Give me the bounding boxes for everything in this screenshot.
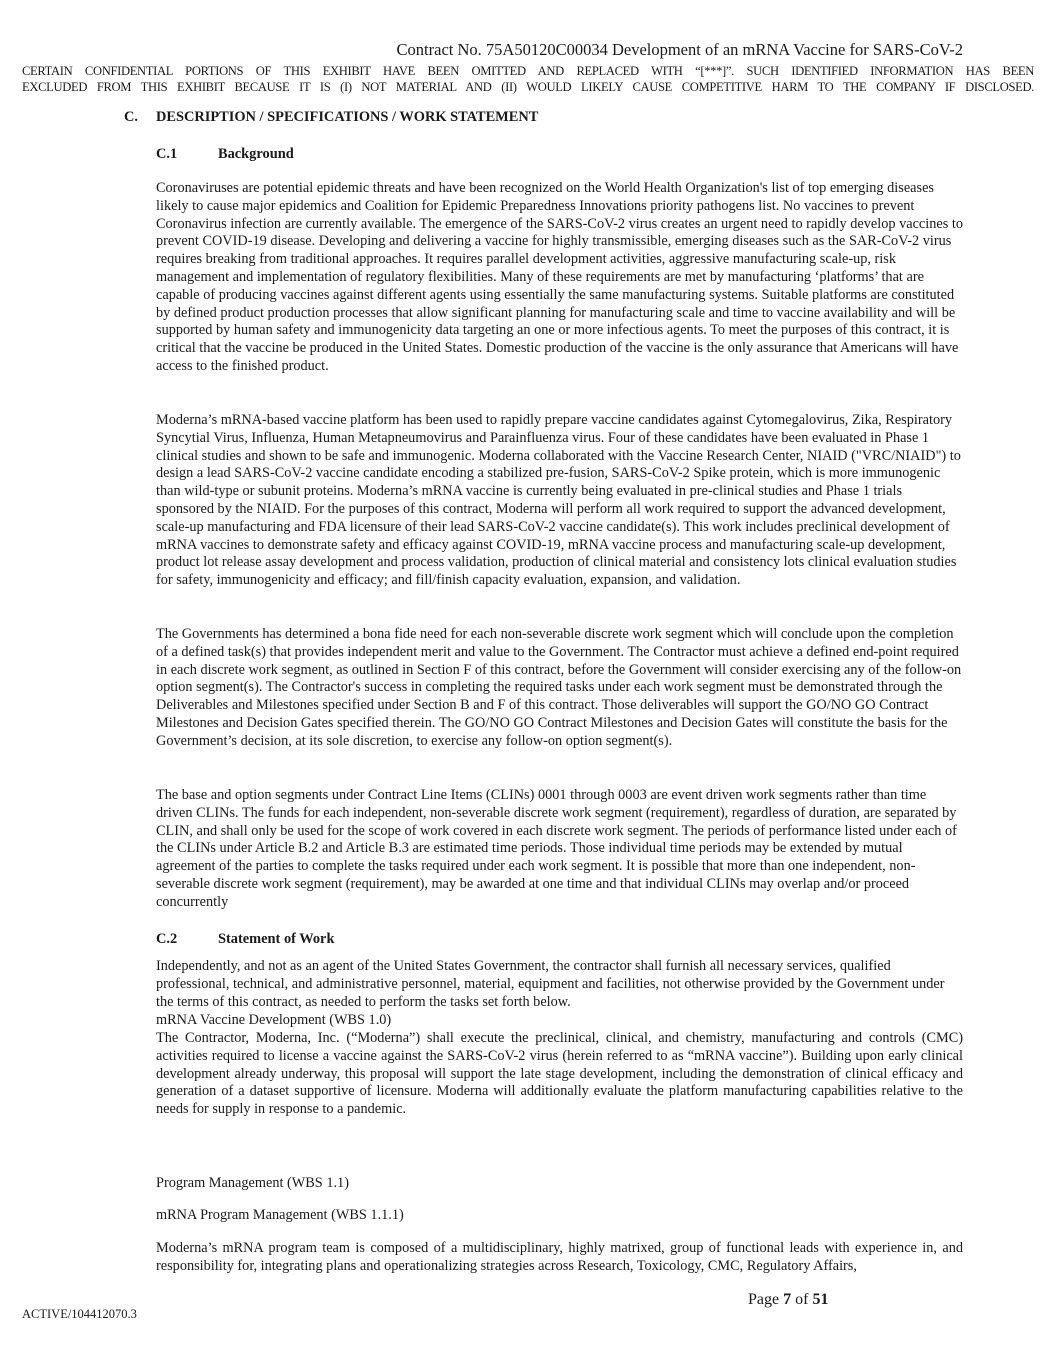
confidentiality-notice: CERTAIN CONFIDENTIAL PORTIONS OF THIS EX… — [22, 63, 1034, 95]
background-paragraph-4: The base and option segments under Contr… — [156, 787, 963, 912]
section-title: DESCRIPTION / SPECIFICATIONS / WORK STAT… — [156, 109, 538, 125]
wbs-1-0-title: mRNA Vaccine Development (WBS 1.0) — [156, 1012, 391, 1030]
background-paragraph-1: Coronaviruses are potential epidemic thr… — [156, 180, 963, 376]
subsection-number: C.1 — [156, 145, 218, 163]
section-heading: C.DESCRIPTION / SPECIFICATIONS / WORK ST… — [124, 108, 538, 126]
page-label: Page — [748, 1291, 779, 1308]
wbs-1-0-text: The Contractor, Moderna, Inc. (“Moderna”… — [156, 1030, 963, 1119]
section-number: C. — [124, 108, 156, 126]
wbs-1-1-1-text: Moderna’s mRNA program team is composed … — [156, 1240, 963, 1276]
page-total: 51 — [812, 1291, 828, 1308]
subsection-heading-c2: C.2Statement of Work — [156, 930, 334, 948]
page-current: 7 — [783, 1291, 791, 1308]
wbs-1-1-1-title: mRNA Program Management (WBS 1.1.1) — [156, 1207, 404, 1225]
wbs-1-1-title: Program Management (WBS 1.1) — [156, 1175, 349, 1193]
subsection-number: C.2 — [156, 930, 218, 948]
page-of: of — [795, 1291, 808, 1308]
confidentiality-notice-line-2: EXCLUDED FROM THIS EXHIBIT BECAUSE IT IS… — [22, 79, 1034, 95]
background-paragraph-3: The Governments has determined a bona fi… — [156, 626, 963, 751]
document-id: ACTIVE/104412070.3 — [22, 1306, 137, 1322]
contract-title: Contract No. 75A50120C00034 Development … — [0, 40, 963, 60]
subsection-title: Statement of Work — [218, 931, 334, 947]
page-number: Page 7 of 51 — [748, 1290, 828, 1310]
background-paragraph-2: Moderna’s mRNA-based vaccine platform ha… — [156, 412, 963, 590]
subsection-title: Background — [218, 146, 294, 162]
confidentiality-notice-line-1: CERTAIN CONFIDENTIAL PORTIONS OF THIS EX… — [22, 63, 1034, 79]
statement-of-work-intro: Independently, and not as an agent of th… — [156, 958, 963, 1011]
subsection-heading-c1: C.1Background — [156, 145, 294, 163]
